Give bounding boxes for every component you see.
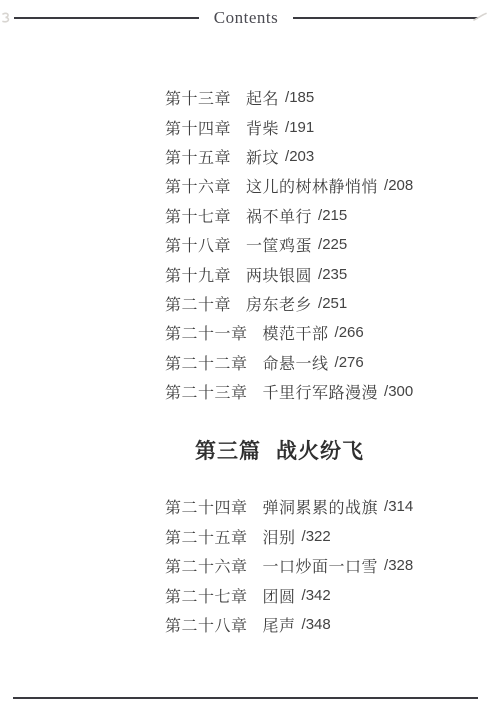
toc-entry-title: 这儿的树林静悄悄 <box>246 174 378 197</box>
toc-entry-chapter: 第十三章 <box>165 86 231 109</box>
toc-entry-title: 一口炒面一口雪 <box>263 554 379 577</box>
toc-entry-page: /328 <box>384 557 413 574</box>
toc-entry-page: /185 <box>285 89 314 106</box>
toc-entry-title: 背柴 <box>246 116 279 139</box>
toc-entry-title: 祸不单行 <box>246 204 312 227</box>
toc-entry-page: /225 <box>318 236 347 253</box>
toc-entry-page: /203 <box>285 148 314 165</box>
toc-entry-chapter: 第二十三章 <box>165 380 248 403</box>
toc-entry-page: /208 <box>384 177 413 194</box>
toc-entry[interactable]: 第十六章 这儿的树林静悄悄 /208 <box>165 171 488 200</box>
toc-entry-chapter: 第十四章 <box>165 116 231 139</box>
toc-entry-chapter: 第十六章 <box>165 174 231 197</box>
toc-entry[interactable]: 第二十六章 一口炒面一口雪 /328 <box>165 551 488 580</box>
toc-entry-chapter: 第二十四章 <box>165 495 248 518</box>
toc-entry-page: /300 <box>384 383 413 400</box>
toc-entry[interactable]: 第二十八章 尾声 /348 <box>165 610 488 639</box>
contents-header: Contents <box>0 0 488 36</box>
toc-entry-chapter: 第十五章 <box>165 145 231 168</box>
toc-entry[interactable]: 第十三章 起名 /185 <box>165 83 488 112</box>
toc-entry[interactable]: 第二十三章 千里行军路漫漫 /300 <box>165 377 488 406</box>
toc-entry-page: /266 <box>335 324 364 341</box>
toc-entry-chapter: 第二十八章 <box>165 613 248 636</box>
toc-entry-title: 命悬一线 <box>263 351 329 374</box>
toc-entry[interactable]: 第二十二章 命悬一线 /276 <box>165 348 488 377</box>
toc-entry-chapter: 第十八章 <box>165 233 231 256</box>
header-rule-right <box>293 17 478 19</box>
toc-content: 第十三章 起名 /185 第十四章 背柴 /191 第十五章 新坟 /203 第… <box>0 36 488 639</box>
toc-entry[interactable]: 第十九章 两块银圆 /235 <box>165 259 488 288</box>
toc-entry-chapter: 第二十章 <box>165 292 231 315</box>
header-rule-left <box>14 17 199 19</box>
part-three-heading-title: 战火纷飞 <box>276 435 364 465</box>
contents-title: Contents <box>214 8 278 28</box>
toc-entry-page: /342 <box>302 587 331 604</box>
toc-entry[interactable]: 第十四章 背柴 /191 <box>165 112 488 141</box>
toc-entry-page: /215 <box>318 207 347 224</box>
toc-entry[interactable]: 第二十七章 团圆 /342 <box>165 580 488 609</box>
toc-entry-chapter: 第二十六章 <box>165 554 248 577</box>
toc-entry-title: 起名 <box>246 86 279 109</box>
footer-rule <box>13 697 478 699</box>
toc-entry-title: 房东老乡 <box>246 292 312 315</box>
toc-entry[interactable]: 第二十五章 泪别 /322 <box>165 522 488 551</box>
toc-entry-title: 两块银圆 <box>246 263 312 286</box>
toc-entry-page: /235 <box>318 266 347 283</box>
toc-entry[interactable]: 第二十四章 弹洞累累的战旗 /314 <box>165 492 488 521</box>
toc-entry-title: 新坟 <box>246 145 279 168</box>
toc-entry[interactable]: 第二十章 房东老乡 /251 <box>165 289 488 318</box>
toc-entry-title: 弹洞累累的战旗 <box>263 495 379 518</box>
toc-list-part-two: 第十三章 起名 /185 第十四章 背柴 /191 第十五章 新坟 /203 第… <box>165 83 488 406</box>
toc-entry-page: /314 <box>384 498 413 515</box>
toc-entry-title: 模范干部 <box>263 321 329 344</box>
toc-entry[interactable]: 第二十一章 模范干部 /266 <box>165 318 488 347</box>
toc-entry-title: 团圆 <box>263 584 296 607</box>
toc-entry-title: 尾声 <box>263 613 296 636</box>
part-three-heading-label: 第三篇 <box>195 435 261 465</box>
toc-entry[interactable]: 第十七章 祸不单行 /215 <box>165 201 488 230</box>
toc-entry-chapter: 第十九章 <box>165 263 231 286</box>
toc-entry-title: 千里行军路漫漫 <box>263 380 379 403</box>
toc-entry-chapter: 第二十一章 <box>165 321 248 344</box>
toc-entry-page: /322 <box>302 528 331 545</box>
toc-entry-chapter: 第二十七章 <box>165 584 248 607</box>
toc-entry-chapter: 第二十五章 <box>165 525 248 548</box>
toc-entry-chapter: 第二十二章 <box>165 351 248 374</box>
toc-entry[interactable]: 第十八章 一筐鸡蛋 /225 <box>165 230 488 259</box>
toc-list-part-three: 第二十四章 弹洞累累的战旗 /314 第二十五章 泪别 /322 第二十六章 一… <box>165 492 488 639</box>
toc-entry[interactable]: 第十五章 新坟 /203 <box>165 142 488 171</box>
toc-entry-page: /251 <box>318 295 347 312</box>
toc-entry-page: /191 <box>285 119 314 136</box>
toc-entry-page: /276 <box>335 354 364 371</box>
toc-entry-title: 泪别 <box>263 525 296 548</box>
part-three-heading: 第三篇 战火纷飞 <box>195 435 488 465</box>
toc-entry-chapter: 第十七章 <box>165 204 231 227</box>
toc-entry-page: /348 <box>302 616 331 633</box>
toc-entry-title: 一筐鸡蛋 <box>246 233 312 256</box>
